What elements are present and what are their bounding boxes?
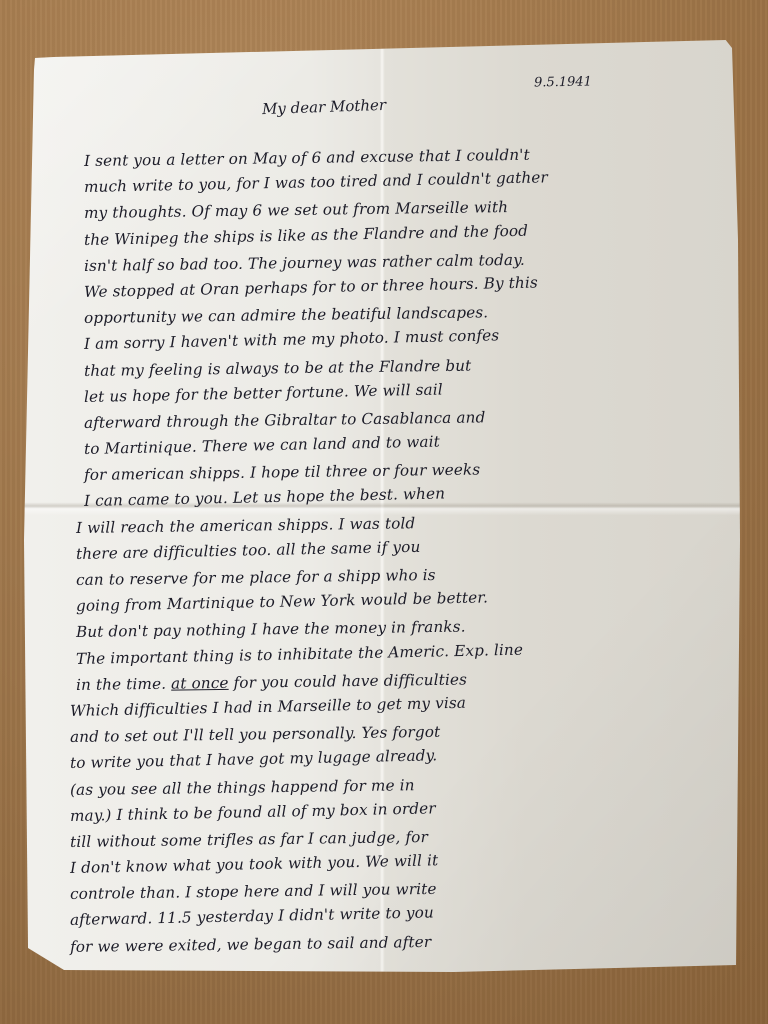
underlined-phrase: at once [171, 674, 229, 693]
letter-salutation: My dear Mother [262, 96, 387, 118]
letter-sheet: 9.5.1941 My dear Mother I sent you a let… [24, 40, 740, 972]
letter-date: 9.5.1941 [534, 74, 592, 90]
letter-body: I sent you a letter on May of 6 and excu… [84, 148, 734, 960]
